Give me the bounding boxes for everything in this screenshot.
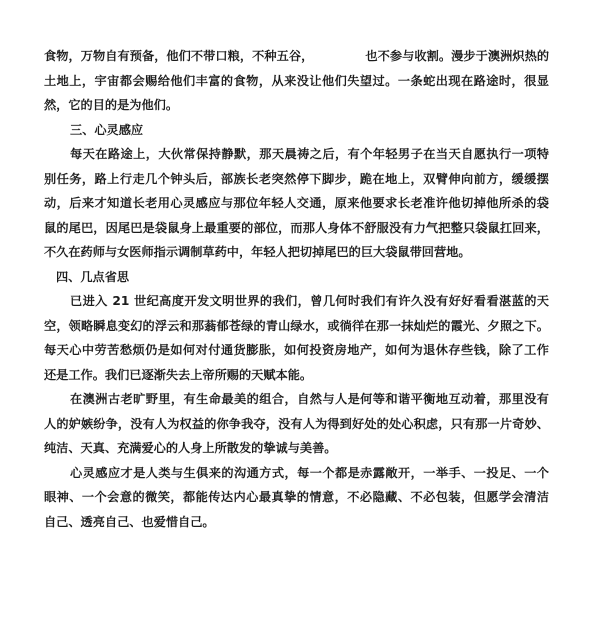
text-line: 还是工作。我们已逐渐失去上帝所赐的天赋本能。 bbox=[44, 363, 549, 388]
text-segment: 每天心中劳苦愁烦仍是如何对付通货膨胀，如何投资房地产，如何为退休存些钱，除了工作 bbox=[44, 343, 549, 357]
text-line: 每天心中劳苦愁烦仍是如何对付通货膨胀，如何投资房地产，如何为退休存些钱，除了工作 bbox=[44, 338, 549, 363]
text-line: 眼神、一个会意的微笑，都能传达内心最真挚的情意，不必隐藏、不必包装，但愿学会清洁 bbox=[44, 485, 549, 510]
text-segment: 自己、透亮自己、也爱惜自己。 bbox=[44, 515, 215, 529]
text-line: 每天在路途上，大伙常保持静默，那天晨祷之后，有个年轻男子在当天自愿执行一项特 bbox=[44, 142, 549, 167]
text-segment: 别任务，路上行走几个钟头后，部族长老突然停下脚步，跪在地上，双臂伸向前方，缓缓摆 bbox=[44, 172, 549, 186]
text-line: 心灵感应才是人类与生俱来的沟通方式，每一个都是赤露敞开，一举手、一投足、一个 bbox=[44, 461, 549, 486]
text-segment: 纯洁、天真、充满爱心的人身上所散发的挚诚与美善。 bbox=[44, 441, 337, 455]
document-body: 食物，万物自有预备，他们不带口粮，不种五谷，也不参与收割。漫步于澳洲炽热的土地上… bbox=[44, 44, 549, 534]
text-line: 不久在药师与女医师指示调制草药中，年轻人把切掉尾巴的巨大袋鼠带回营地。 bbox=[44, 240, 549, 265]
text-line: 空，领略瞬息变幻的浮云和那蓊郁苍绿的青山绿水，或徜徉在那一抹灿烂的霞光、夕照之下… bbox=[44, 314, 549, 339]
text-segment: 已进入 21 世纪高度开发文明世界的我们，曾几何时我们有许久没有好好看看湛蓝的天 bbox=[70, 294, 549, 308]
text-line: 土地上，宇宙都会赐给他们丰富的食物，从来没让他们失望过。一条蛇出现在路途时，很显 bbox=[44, 69, 549, 94]
text-segment: 也不参与收割。漫步于澳洲炽热的 bbox=[365, 49, 549, 63]
text-segment: 四、几点省思 bbox=[56, 270, 129, 284]
text-segment: 人的妒嫉纷争，没有人为权益的你争我夺，没有人为得到好处的处心积虑，只有那一片奇妙… bbox=[44, 417, 549, 431]
text-line: 自己、透亮自己、也爱惜自己。 bbox=[44, 510, 549, 535]
text-segment: 空，领略瞬息变幻的浮云和那蓊郁苍绿的青山绿水，或徜徉在那一抹灿烂的霞光、夕照之下… bbox=[44, 319, 549, 333]
section-heading: 四、几点省思 bbox=[44, 265, 549, 290]
text-segment: 鼠的尾巴，因尾巴是袋鼠身上最重要的部位，而那人身体不舒服没有力气把整只袋鼠扛回来… bbox=[44, 221, 549, 235]
text-line: 食物，万物自有预备，他们不带口粮，不种五谷，也不参与收割。漫步于澳洲炽热的 bbox=[44, 44, 549, 69]
text-line: 在澳洲古老旷野里，有生命最美的组合，自然与人是何等和谐平衡地互动着，那里没有 bbox=[44, 387, 549, 412]
text-segment: 动，后来才知道长老用心灵感应与那位年轻人交通，原来他要求长老准许他切掉他所杀的袋 bbox=[44, 196, 549, 210]
blank-gap bbox=[313, 59, 365, 60]
text-line: 鼠的尾巴，因尾巴是袋鼠身上最重要的部位，而那人身体不舒服没有力气把整只袋鼠扛回来… bbox=[44, 216, 549, 241]
text-line: 人的妒嫉纷争，没有人为权益的你争我夺，没有人为得到好处的处心积虑，只有那一片奇妙… bbox=[44, 412, 549, 437]
text-segment: 眼神、一个会意的微笑，都能传达内心最真挚的情意，不必隐藏、不必包装，但愿学会清洁 bbox=[44, 490, 549, 504]
document-page: 食物，万物自有预备，他们不带口粮，不种五谷，也不参与收割。漫步于澳洲炽热的土地上… bbox=[0, 0, 592, 644]
section-heading: 三、心灵感应 bbox=[44, 118, 549, 143]
text-segment: 然，它的目的是为他们。 bbox=[44, 98, 178, 112]
text-segment: 三、心灵感应 bbox=[70, 123, 143, 137]
text-segment: 不久在药师与女医师指示调制草药中，年轻人把切掉尾巴的巨大袋鼠带回营地。 bbox=[44, 245, 471, 259]
text-line: 别任务，路上行走几个钟头后，部族长老突然停下脚步，跪在地上，双臂伸向前方，缓缓摆 bbox=[44, 167, 549, 192]
text-segment: 心灵感应才是人类与生俱来的沟通方式，每一个都是赤露敞开，一举手、一投足、一个 bbox=[70, 466, 549, 480]
text-segment: 土地上，宇宙都会赐给他们丰富的食物，从来没让他们失望过。一条蛇出现在路途时，很显 bbox=[44, 74, 549, 88]
text-segment: 还是工作。我们已逐渐失去上帝所赐的天赋本能。 bbox=[44, 368, 312, 382]
text-segment: 在澳洲古老旷野里，有生命最美的组合，自然与人是何等和谐平衡地互动着，那里没有 bbox=[70, 392, 549, 406]
text-segment: 食物，万物自有预备，他们不带口粮，不种五谷， bbox=[44, 49, 313, 63]
text-line: 动，后来才知道长老用心灵感应与那位年轻人交通，原来他要求长老准许他切掉他所杀的袋 bbox=[44, 191, 549, 216]
text-line: 然，它的目的是为他们。 bbox=[44, 93, 549, 118]
text-line: 已进入 21 世纪高度开发文明世界的我们，曾几何时我们有许久没有好好看看湛蓝的天 bbox=[44, 289, 549, 314]
text-line: 纯洁、天真、充满爱心的人身上所散发的挚诚与美善。 bbox=[44, 436, 549, 461]
text-segment: 每天在路途上，大伙常保持静默，那天晨祷之后，有个年轻男子在当天自愿执行一项特 bbox=[70, 147, 549, 161]
